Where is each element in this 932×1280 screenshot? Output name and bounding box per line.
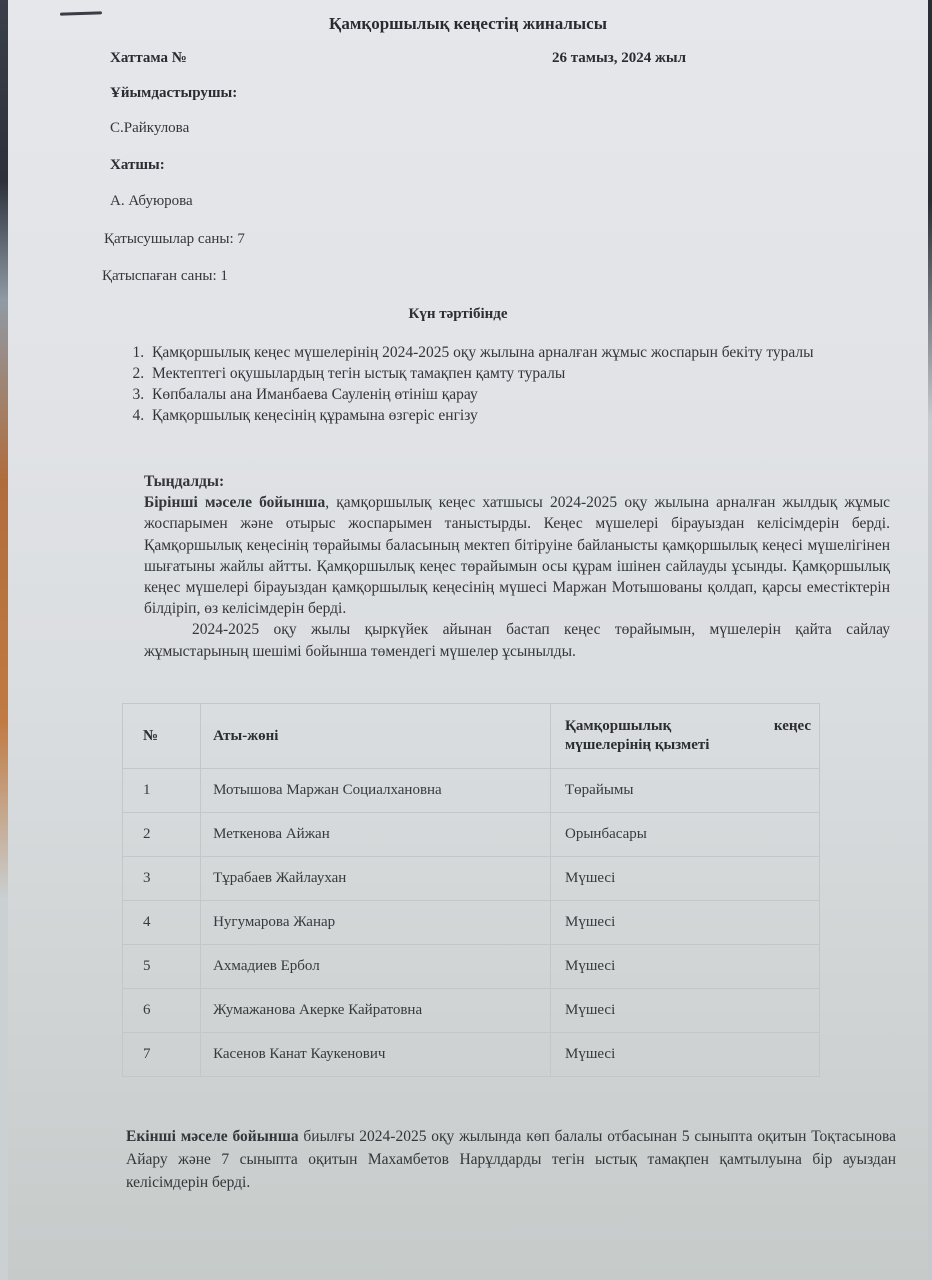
reelection-paragraph: 2024-2025 оқу жылы қыркүйек айынан баста… xyxy=(144,619,890,661)
header-role-line1: Қамқоршылық кеңес xyxy=(565,717,811,736)
member-name: Мотышова Маржан Социалхановна xyxy=(201,769,551,813)
first-issue-paragraph: Бірінші мәселе бойынша, қамқоршылық кеңе… xyxy=(144,492,890,619)
organizer-name: С.Райкулова xyxy=(110,120,189,137)
row-number: 1 xyxy=(123,769,201,813)
photo-background-right-edge xyxy=(928,0,932,1280)
table-row: 3 Тұрабаев Жайлаухан Мүшесі xyxy=(123,857,820,901)
row-number: 3 xyxy=(123,857,201,901)
heard-section: Тыңдалды: Бірінші мәселе бойынша, қамқор… xyxy=(144,471,890,662)
member-role: Мүшесі xyxy=(551,989,820,1033)
agenda-list: Қамқоршылық кеңес мүшелерінің 2024-2025 … xyxy=(118,342,868,426)
table-row: 4 Нугумарова Жанар Мүшесі xyxy=(123,901,820,945)
secretary-label: Хатшы: xyxy=(110,157,165,174)
document-title: Қамқоршылық кеңестің жиналысы xyxy=(8,14,928,34)
photo-background-left-edge xyxy=(0,0,8,1280)
agenda-heading: Күн тәртібінде xyxy=(8,306,908,323)
member-name: Нугумарова Жанар xyxy=(201,901,551,945)
row-number: 6 xyxy=(123,989,201,1033)
table-row: 6 Жумажанова Акерке Кайратовна Мүшесі xyxy=(123,989,820,1033)
protocol-label: Хаттама № xyxy=(110,50,187,67)
table-row: 5 Ахмадиев Ербол Мүшесі xyxy=(123,945,820,989)
table-header-row: № Аты-жөні Қамқоршылық кеңес мүшелерінің… xyxy=(123,704,820,769)
document-page: Қамқоршылық кеңестің жиналысы Хаттама № … xyxy=(8,0,928,1280)
member-name: Жумажанова Акерке Кайратовна xyxy=(201,989,551,1033)
table-row: 1 Мотышова Маржан Социалхановна Төрайымы xyxy=(123,769,820,813)
row-number: 2 xyxy=(123,813,201,857)
members-table: № Аты-жөні Қамқоршылық кеңес мүшелерінің… xyxy=(122,703,820,1077)
row-number: 4 xyxy=(123,901,201,945)
member-role: Мүшесі xyxy=(551,945,820,989)
row-number: 5 xyxy=(123,945,201,989)
member-role: Мүшесі xyxy=(551,857,820,901)
second-issue-paragraph: Екінші мәселе бойынша биылғы 2024-2025 о… xyxy=(126,1125,896,1194)
header-name: Аты-жөні xyxy=(201,704,551,769)
header-number: № xyxy=(123,704,201,769)
row-number: 7 xyxy=(123,1033,201,1077)
first-issue-heading: Бірінші мәселе бойынша xyxy=(144,494,325,511)
agenda-item: Мектептегі оқушылардың тегін ыстық тамақ… xyxy=(148,363,868,384)
table-row: 7 Касенов Канат Каукенович Мүшесі xyxy=(123,1033,820,1077)
first-issue-text: , қамқоршылық кеңес хатшысы 2024-2025 оқ… xyxy=(144,494,890,617)
agenda-item: Қамқоршылық кеңес мүшелерінің 2024-2025 … xyxy=(148,342,868,363)
member-name: Меткенова Айжан xyxy=(201,813,551,857)
member-name: Тұрабаев Жайлаухан xyxy=(201,857,551,901)
participants-count: Қатысушылар саны: 7 xyxy=(104,231,245,248)
agenda-item: Көпбалалы ана Иманбаева Сауленің өтініш … xyxy=(148,384,868,405)
member-role: Мүшесі xyxy=(551,901,820,945)
absent-count: Қатыспаған саны: 1 xyxy=(102,268,228,285)
member-role: Төрайымы xyxy=(551,769,820,813)
header-role: Қамқоршылық кеңес мүшелерінің қызметі xyxy=(551,704,820,769)
member-role: Мүшесі xyxy=(551,1033,820,1077)
second-issue-heading: Екінші мәселе бойынша xyxy=(126,1128,299,1145)
header-role-line2: мүшелерінің қызметі xyxy=(565,736,811,755)
member-name: Касенов Канат Каукенович xyxy=(201,1033,551,1077)
meeting-date: 26 тамыз, 2024 жыл xyxy=(552,50,686,67)
member-role: Орынбасары xyxy=(551,813,820,857)
table-row: 2 Меткенова Айжан Орынбасары xyxy=(123,813,820,857)
heard-label: Тыңдалды: xyxy=(144,471,890,492)
organizer-label: Ұйымдастырушы: xyxy=(110,85,237,102)
member-name: Ахмадиев Ербол xyxy=(201,945,551,989)
secretary-name: А. Абуюрова xyxy=(110,193,193,210)
agenda-item: Қамқоршылық кеңесінің құрамына өзгеріс е… xyxy=(148,405,868,426)
